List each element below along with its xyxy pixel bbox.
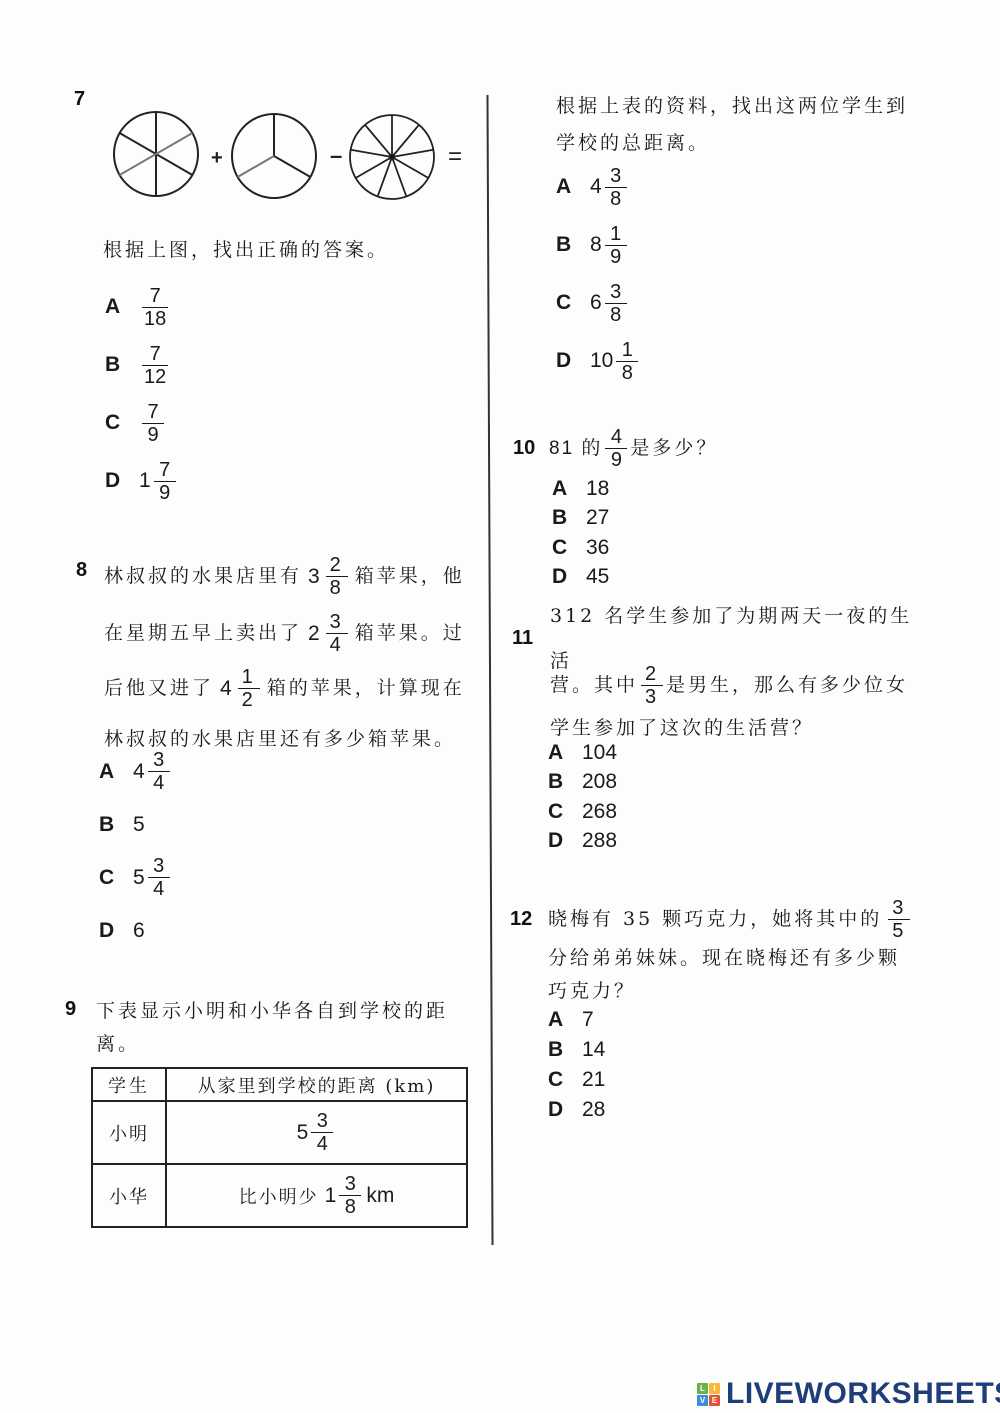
cell-distance: 比小明少 138 km <box>166 1164 467 1227</box>
question-number-7: 7 <box>74 88 85 111</box>
fraction-circles-diagram: + – = <box>112 108 482 203</box>
q9-option-b[interactable]: B 819 <box>556 216 641 274</box>
mixed-number: 819 <box>590 224 630 267</box>
denominator: 4 <box>148 771 170 793</box>
whole-part: 5 <box>133 866 145 890</box>
q9-options: A 438 B 819 C 638 D 1018 <box>556 158 641 390</box>
q8-option-a[interactable]: A 434 <box>99 745 173 798</box>
logo-wordmark: LIVEWORKSHEETS <box>726 1377 1000 1411</box>
option-value: 104 <box>582 741 617 765</box>
q9-followup-line-1: 根据上表的资料，找出这两位学生到 <box>556 88 908 125</box>
q10-prompt: 10 81 的 49 是多少？ <box>513 426 718 471</box>
fraction: 18 <box>616 340 638 383</box>
fraction: 38 <box>605 166 627 209</box>
option-letter: B <box>548 770 582 794</box>
q9-prompt-line-1: 下表显示小明和小华各自到学校的距 <box>96 995 448 1028</box>
q12-options: A7 B14 C21 D28 <box>548 1005 605 1125</box>
q12-option-d[interactable]: D28 <box>548 1095 605 1125</box>
svg-text:–: – <box>330 143 342 168</box>
numerator: 2 <box>643 664 661 685</box>
denominator: 18 <box>142 307 168 329</box>
denominator: 8 <box>616 361 638 383</box>
option-value: 7 <box>582 1008 594 1032</box>
logo-block-v: V <box>697 1395 708 1406</box>
denominator: 4 <box>311 1132 333 1154</box>
question-number-10: 10 <box>513 437 549 460</box>
option-letter: A <box>552 477 586 501</box>
table-row: 小明 534 <box>92 1101 467 1164</box>
fraction: 34 <box>326 612 348 655</box>
logo-block-e: E <box>709 1395 720 1406</box>
q10-option-b[interactable]: B27 <box>552 504 609 534</box>
q9-prompt: 下表显示小明和小华各自到学校的距 离。 <box>96 995 448 1061</box>
header-student: 学生 <box>92 1068 166 1101</box>
fraction: 38 <box>605 282 627 325</box>
fraction: 718 <box>142 286 168 329</box>
q9-distance-table: 学生 从家里到学校的距离 (km) 小明 534 小华 比小明少 138 km <box>91 1067 468 1228</box>
option-letter: D <box>552 565 586 589</box>
q11-option-d[interactable]: D288 <box>548 827 617 857</box>
liveworksheets-logo[interactable]: L I V E LIVEWORKSHEETS <box>697 1377 1000 1411</box>
q10-text-after: 是多少？ <box>630 426 718 471</box>
option-letter: A <box>99 760 133 784</box>
text: 后他又进了 <box>104 666 214 711</box>
mixed-number: 534 <box>297 1111 337 1154</box>
denominator: 3 <box>641 685 663 707</box>
fraction: 23 <box>641 664 663 707</box>
fraction: 712 <box>142 344 168 387</box>
text: 在星期五早上卖出了 <box>104 611 302 656</box>
denominator: 4 <box>148 877 170 899</box>
option-value: 288 <box>582 829 617 853</box>
numerator: 7 <box>145 402 160 423</box>
question-number-8: 8 <box>76 559 87 582</box>
question-number-9: 9 <box>65 998 76 1021</box>
q12-line-3: 巧克力？ <box>548 976 928 1006</box>
whole-part: 1 <box>325 1184 337 1208</box>
q7-option-a[interactable]: A 718 <box>105 278 179 336</box>
option-letter: A <box>548 1008 582 1032</box>
fraction: 34 <box>148 856 170 899</box>
text: 林叔叔的水果店里有 <box>104 554 302 599</box>
q8-line-3: 后他又进了 412 箱的苹果，计算现在 <box>104 662 484 714</box>
option-letter: D <box>548 1098 582 1122</box>
q10-option-a[interactable]: A18 <box>552 474 609 504</box>
q7-option-b[interactable]: B 712 <box>105 336 179 394</box>
q8-line-2: 在星期五早上卖出了 234 箱苹果。过 <box>104 605 484 662</box>
fraction: 34 <box>148 750 170 793</box>
fraction: 34 <box>311 1111 333 1154</box>
numerator: 3 <box>328 612 346 633</box>
mixed-number: 412 <box>220 666 263 711</box>
q8-line-1: 林叔叔的水果店里有 328 箱苹果，他 <box>104 548 484 605</box>
q8-text: 林叔叔的水果店里有 328 箱苹果，他 在星期五早上卖出了 234 箱苹果。过 … <box>104 548 484 764</box>
q12-option-c[interactable]: C21 <box>548 1065 605 1095</box>
option-letter: D <box>548 829 582 853</box>
denominator: 9 <box>154 481 176 503</box>
option-letter: C <box>556 291 590 315</box>
cell-distance: 534 <box>166 1101 467 1164</box>
whole-part: 10 <box>590 349 613 373</box>
q11-options: A104 B208 C268 D288 <box>548 738 617 856</box>
numerator: 3 <box>890 898 908 919</box>
q11-line-1: 312 名学生参加了为期两天一夜的生活 <box>550 618 930 660</box>
denominator: 8 <box>339 1195 361 1217</box>
fraction: 28 <box>326 555 348 598</box>
q9-option-c[interactable]: C 638 <box>556 274 641 332</box>
table-row: 小华 比小明少 138 km <box>92 1164 467 1227</box>
q10-option-c[interactable]: C36 <box>552 533 609 563</box>
option-letter: D <box>556 349 590 373</box>
fraction: 35 <box>888 898 910 941</box>
mixed-number: 328 <box>308 554 351 599</box>
q7-fraction-circles-figure: + – = <box>112 108 482 203</box>
numerator: 3 <box>151 750 166 771</box>
q10-options: A18 B27 C36 D45 <box>552 474 609 592</box>
whole-part: 4 <box>590 175 602 199</box>
numerator: 3 <box>315 1111 330 1132</box>
option-value: 5 <box>133 813 145 837</box>
fraction: 79 <box>142 402 164 445</box>
option-letter: C <box>548 1068 582 1092</box>
text: 箱苹果。过 <box>355 611 465 656</box>
numerator: 1 <box>240 667 258 688</box>
q9-option-d[interactable]: D 1018 <box>556 332 641 390</box>
denominator: 8 <box>326 576 348 598</box>
table-header-row: 学生 从家里到学校的距离 (km) <box>92 1068 467 1101</box>
denominator: 4 <box>326 633 348 655</box>
mixed-number: 638 <box>590 282 630 325</box>
option-letter: B <box>556 233 590 257</box>
unit: km <box>366 1184 394 1208</box>
numerator: 1 <box>608 224 623 245</box>
option-value: 14 <box>582 1038 605 1062</box>
q9-prompt-line-2: 离。 <box>96 1028 448 1061</box>
denominator: 9 <box>605 245 627 267</box>
mixed-number: 234 <box>308 611 351 656</box>
option-letter: A <box>548 741 582 765</box>
option-letter: B <box>548 1038 582 1062</box>
fraction: 12 <box>238 667 260 710</box>
q9-followup: 根据上表的资料，找出这两位学生到 学校的总距离。 <box>556 88 908 162</box>
denominator: 8 <box>605 303 627 325</box>
option-value: 27 <box>586 506 609 530</box>
fraction: 38 <box>339 1174 361 1217</box>
column-divider <box>486 95 493 1245</box>
whole-part: 5 <box>297 1121 309 1145</box>
q12-text: 晓梅有 35 颗巧克力，她将其中的 35 分给弟弟妹妹。现在晓梅还有多少颗 巧克… <box>548 898 928 1006</box>
option-letter: B <box>105 353 139 377</box>
numerator: 7 <box>148 286 163 307</box>
q8-option-c[interactable]: C 534 <box>99 851 173 904</box>
cell-student: 小华 <box>92 1164 166 1227</box>
text: 箱苹果，他 <box>355 554 465 599</box>
mixed-number: 138 <box>325 1174 365 1217</box>
q8-option-b[interactable]: B 5 <box>99 798 173 851</box>
q7-options: A 718 B 712 C 79 D 179 <box>105 278 179 510</box>
q11-option-a[interactable]: A104 <box>548 738 617 768</box>
text: 箱的苹果，计算现在 <box>267 666 465 711</box>
header-distance: 从家里到学校的距离 (km) <box>166 1068 467 1101</box>
denominator: 9 <box>605 448 627 470</box>
question-number-11: 11 <box>512 627 533 650</box>
option-letter: C <box>548 800 582 824</box>
whole-part: 2 <box>308 611 323 656</box>
mixed-number: 1018 <box>590 340 641 383</box>
numerator: 1 <box>620 340 635 361</box>
option-value: 208 <box>582 770 617 794</box>
whole-part: 1 <box>139 469 151 493</box>
option-letter: C <box>105 411 139 435</box>
numerator: 4 <box>609 427 624 448</box>
whole-part: 4 <box>220 666 235 711</box>
logo-block-l: L <box>697 1383 708 1394</box>
numerator: 7 <box>157 460 172 481</box>
q7-option-c[interactable]: C 79 <box>105 394 179 452</box>
option-value: 45 <box>586 565 609 589</box>
fraction: 79 <box>154 460 176 503</box>
live-blocks-icon: L I V E <box>697 1383 720 1406</box>
q8-option-d[interactable]: D 6 <box>99 904 173 957</box>
numerator: 7 <box>148 344 163 365</box>
numerator: 3 <box>151 856 166 877</box>
denominator: 9 <box>142 423 164 445</box>
svg-text:=: = <box>448 143 462 170</box>
q12-option-a[interactable]: A7 <box>548 1005 605 1035</box>
option-letter: A <box>105 295 139 319</box>
denominator: 2 <box>238 688 260 710</box>
option-value: 28 <box>582 1098 605 1122</box>
text: 营。其中 <box>550 663 638 708</box>
q11-option-b[interactable]: B208 <box>548 768 617 798</box>
fraction: 49 <box>605 427 627 470</box>
q12-option-b[interactable]: B14 <box>548 1035 605 1065</box>
denominator: 8 <box>605 187 627 209</box>
numerator: 3 <box>608 166 623 187</box>
option-letter: A <box>556 175 590 199</box>
distance-expression: 比小明少 138 km <box>239 1174 395 1217</box>
mixed-number: 534 <box>133 856 173 899</box>
whole-part: 4 <box>133 760 145 784</box>
numerator: 3 <box>343 1174 358 1195</box>
q11-option-c[interactable]: C268 <box>548 797 617 827</box>
q7-prompt: 根据上图，找出正确的答案。 <box>103 228 389 273</box>
mixed-number: 438 <box>590 166 630 209</box>
logo-block-i: I <box>709 1383 720 1394</box>
option-value: 268 <box>582 800 617 824</box>
option-letter: B <box>552 506 586 530</box>
denominator: 12 <box>142 365 168 387</box>
option-letter: B <box>99 813 133 837</box>
q9-option-a[interactable]: A 438 <box>556 158 641 216</box>
fraction: 19 <box>605 224 627 267</box>
q7-option-d[interactable]: D 179 <box>105 452 179 510</box>
text: 是男生，那么有多少位女 <box>666 663 908 708</box>
option-letter: D <box>99 919 133 943</box>
mixed-number: 434 <box>133 750 173 793</box>
whole-part: 3 <box>308 554 323 599</box>
option-value: 36 <box>586 536 609 560</box>
option-value: 6 <box>133 919 145 943</box>
cell-student: 小明 <box>92 1101 166 1164</box>
whole-part: 6 <box>590 291 602 315</box>
numerator: 3 <box>608 282 623 303</box>
numerator: 2 <box>328 555 346 576</box>
q9-followup-line-2: 学校的总距离。 <box>556 125 908 162</box>
prefix-text: 比小明少 <box>239 1183 319 1209</box>
option-value: 21 <box>582 1068 605 1092</box>
option-letter: C <box>552 536 586 560</box>
q12-line-1: 晓梅有 35 颗巧克力，她将其中的 35 <box>548 898 928 940</box>
option-letter: D <box>105 469 139 493</box>
q11-text: 312 名学生参加了为期两天一夜的生活 营。其中 23 是男生，那么有多少位女 … <box>550 618 930 746</box>
svg-text:+: + <box>211 147 223 169</box>
mixed-number: 179 <box>139 460 179 503</box>
whole-part: 8 <box>590 233 602 257</box>
question-number-12: 12 <box>510 908 532 931</box>
q11-line-2: 营。其中 23 是男生，那么有多少位女 <box>550 660 930 710</box>
option-letter: C <box>99 866 133 890</box>
q10-option-d[interactable]: D45 <box>552 563 609 593</box>
q8-options: A 434 B 5 C 534 D 6 <box>99 745 173 957</box>
option-value: 18 <box>586 477 609 501</box>
q10-text-before: 81 的 <box>549 426 602 471</box>
